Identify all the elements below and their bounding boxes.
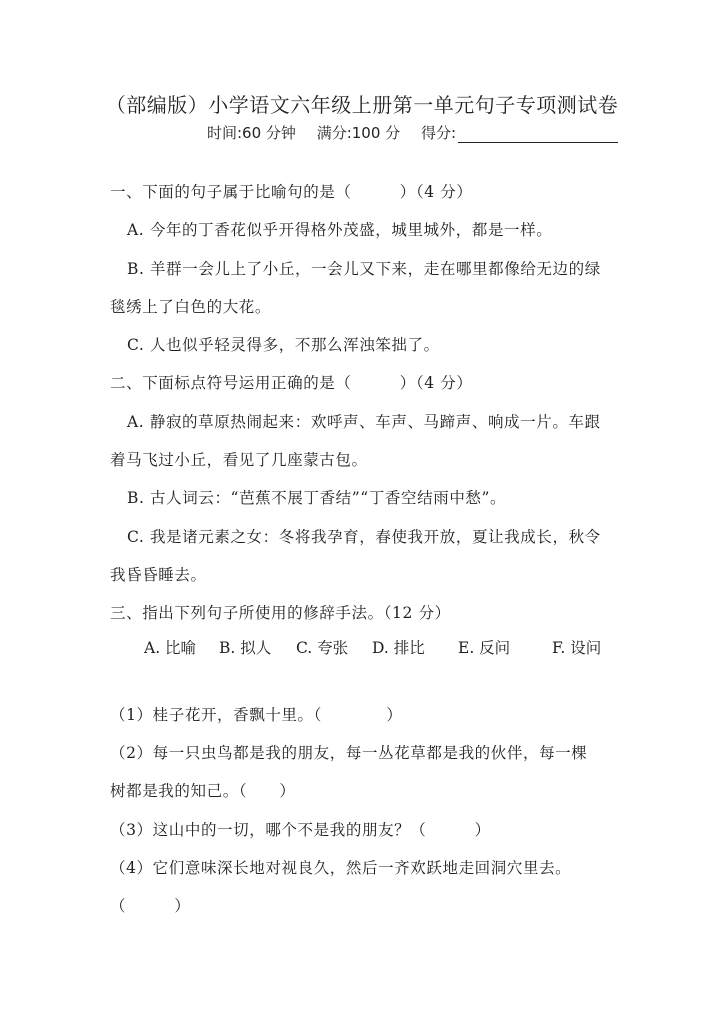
question-1-option-b-cont: 毯绣上了白色的大花。 (110, 295, 271, 317)
question-1-option-b: B. 羊群一会儿上了小丘，一会儿又下来，走在哪里都像给无边的绿 (127, 257, 601, 279)
question-2-option-c: C. 我是诸元素之女：冬将我孕育，春使我开放，夏让我成长，秋令 (127, 525, 601, 547)
score-blank[interactable] (458, 128, 618, 143)
exam-meta: 时间:60 分钟 满分:100 分 得分: (207, 122, 634, 143)
question-3-item-1: （1）桂子花开，香飘十里。（ ） (110, 703, 403, 725)
question-2-option-a: A. 静寂的草原热闹起来：欢呼声、车声、马蹄声、响成一片。车跟 (127, 410, 601, 432)
choice-d: D. 排比 (372, 636, 425, 658)
exam-page: （部编版）小学语文六年级上册第一单元句子专项测试卷 时间:60 分钟 满分:10… (0, 0, 724, 1024)
question-2-option-b: B. 古人词云：“芭蕉不展丁香结”“丁香空结雨中愁”。 (127, 486, 506, 508)
question-3-heading: 三、指出下列句子所使用的修辞手法。（12 分） (110, 601, 451, 623)
question-3-item-4: （4）它们意味深长地对视良久，然后一齐欢跃地走回洞穴里去。 (110, 856, 571, 878)
time-limit: 时间:60 分钟 (207, 124, 296, 142)
question-3-item-3: （3）这山中的一切，哪个不是我的朋友？（ ） (110, 818, 491, 840)
question-2-heading: 二、下面标点符号运用正确的是（ ）（4 分） (110, 371, 472, 393)
choice-e: E. 反问 (458, 636, 510, 658)
choice-b: B. 拟人 (219, 636, 271, 658)
question-2-option-c-cont: 我昏昏睡去。 (110, 563, 207, 585)
page-title: （部编版）小学语文六年级上册第一单元句子专项测试卷 (0, 89, 724, 118)
question-3-item-2: （2）每一只虫鸟都是我的朋友，每一丛花草都是我的伙伴，每一棵 (110, 741, 587, 763)
question-1-option-c: C. 人也似乎轻灵得多，不那么浑浊笨拙了。 (127, 333, 440, 355)
score-label: 得分: (421, 124, 456, 142)
question-3-item-4-answer-blank[interactable]: （ ） (110, 894, 191, 916)
choice-c: C. 夸张 (296, 636, 348, 658)
choice-f: F. 设问 (552, 636, 601, 658)
question-1-option-a: A. 今年的丁香花似乎开得格外茂盛，城里城外，都是一样。 (127, 218, 552, 240)
full-score: 满分:100 分 (317, 124, 400, 142)
question-2-option-a-cont: 着马飞过小丘，看见了几座蒙古包。 (110, 448, 368, 470)
question-1-heading: 一、下面的句子属于比喻句的是（ ）（4 分） (110, 180, 472, 202)
question-3-item-2-cont: 树都是我的知己。（ ） (110, 779, 295, 801)
choice-a: A. 比喻 (144, 636, 196, 658)
